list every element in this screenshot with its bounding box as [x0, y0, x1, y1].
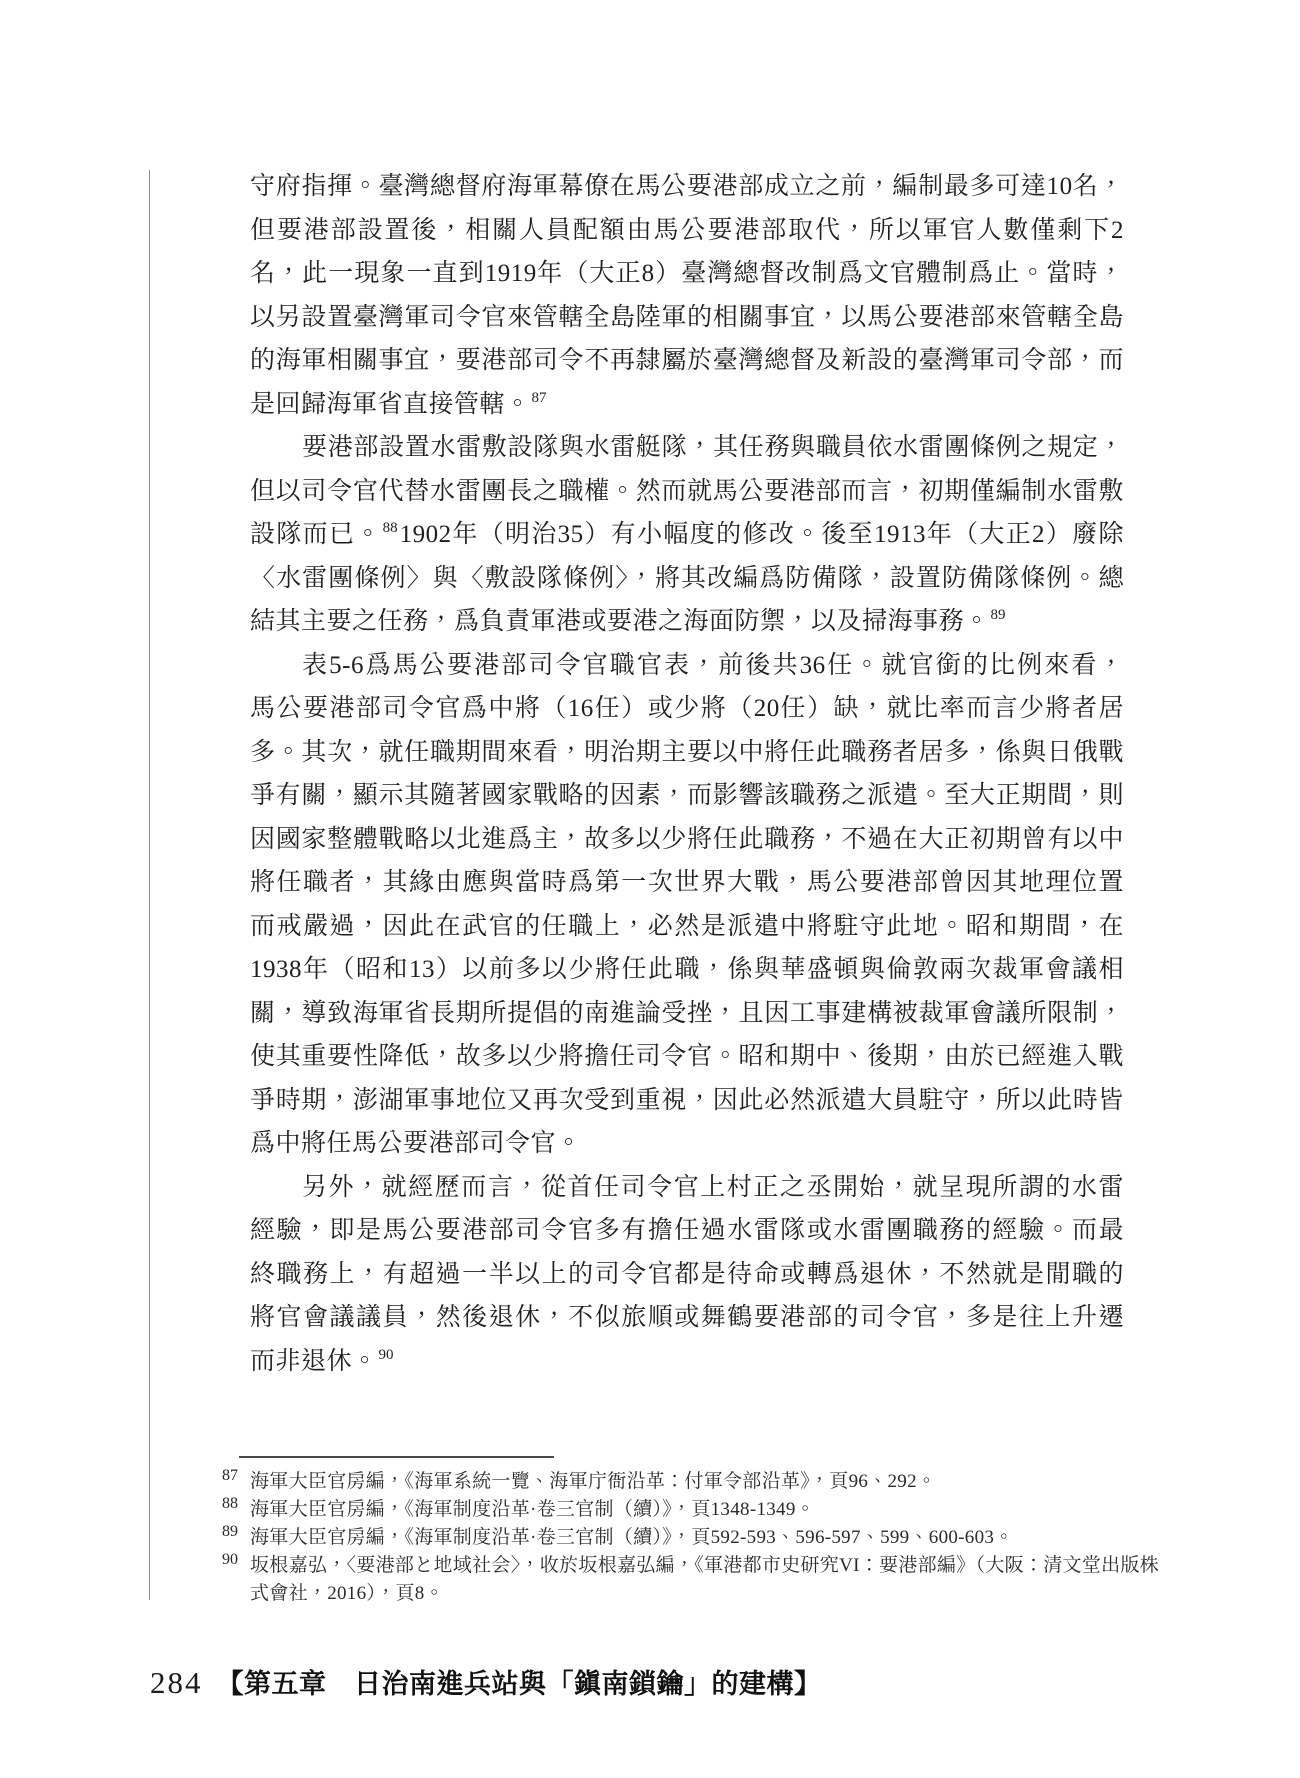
text-line: 經驗，即是馬公要港部司令官多有擔任過水雷隊或水雷團職務的經驗。而最 [250, 1209, 1124, 1253]
text-line: 守府指揮。臺灣總督府海軍幕僚在馬公要港部成立之前，編制最多可達10名， [250, 165, 1124, 209]
text-line: 要港部設置水雷敷設隊與水雷艇隊，其任務與職員依水雷團條例之規定， [250, 426, 1124, 470]
footnote-line: 89海軍大臣官房編，《海軍制度沿革·卷三官制（續）》，頁592-593、596-… [222, 1524, 1170, 1552]
text-line: 的海軍相關事宜，要港部司令不再隸屬於臺灣總督及新設的臺灣軍司令部，而 [250, 339, 1124, 383]
text-line: 設隊而已。881902年（明治35）有小幅度的修改。後至1913年（大正2）廢除 [250, 513, 1124, 557]
text-line: 名，此一現象一直到1919年（大正8）臺灣總督改制爲文官體制爲止。當時， [250, 252, 1124, 296]
text-line: 爭時期，澎湖軍事地位又再次受到重視，因此必然派遣大員駐守，所以此時皆 [250, 1079, 1124, 1123]
page-footer: 284 【第五章 日治南進兵站與「鎭南鎖鑰」的建構】 [150, 1662, 822, 1701]
footnote-separator [239, 1456, 554, 1458]
text-line: 但以司令官代替水雷團長之職權。然而就馬公要港部而言，初期僅編制水雷敷 [250, 470, 1124, 514]
text-line: 多。其次，就任職期間來看，明治期主要以中將任此職務者居多，係與日俄戰 [250, 731, 1124, 775]
text-line: 是回歸海軍省直接管轄。87 [250, 383, 1124, 427]
footnote-line: 90坂根嘉弘，〈要港部と地域社会〉，收於坂根嘉弘編，《軍港都市史研究VI：要港部… [222, 1552, 1170, 1580]
text-line: 另外，就經歷而言，從首任司令官上村正之丞開始，就呈現所謂的水雷 [250, 1166, 1124, 1210]
text-line: 結其主要之任務，爲負責軍港或要港之海面防禦，以及掃海事務。89 [250, 600, 1124, 644]
text-line: 而戒嚴過，因此在武官的任職上，必然是派遣中將駐守此地。昭和期間，在 [250, 905, 1124, 949]
text-line: 將任職者，其緣由應與當時爲第一次世界大戰，馬公要港部曾因其地理位置 [250, 861, 1124, 905]
footnote-ref: 88 [383, 520, 398, 536]
text-line: 〈水雷團條例〉與〈敷設隊條例〉，將其改編爲防備隊，設置防備隊條例。總 [250, 557, 1124, 601]
text-line: 將官會議議員，然後退休，不似旅順或舞鶴要港部的司令官，多是往上升遷 [250, 1296, 1124, 1340]
text-line: 以另設置臺灣軍司令官來管轄全島陸軍的相關事宜，以馬公要港部來管轄全島 [250, 296, 1124, 340]
footnote-ref: 87 [532, 390, 547, 406]
chapter-title: 【第五章 日治南進兵站與「鎭南鎖鑰」的建構】 [217, 1662, 822, 1701]
footnote-ref: 90 [379, 1347, 394, 1363]
body-text: 守府指揮。臺灣總督府海軍幕僚在馬公要港部成立之前，編制最多可達10名，但要港部設… [250, 165, 1124, 1383]
text-line: 使其重要性降低，故多以少將擔任司令官。昭和期中、後期，由於已經進入戰 [250, 1035, 1124, 1079]
margin-rule [149, 170, 150, 1600]
text-line: 爲中將任馬公要港部司令官。 [250, 1122, 1124, 1166]
text-line: 終職務上，有超過一半以上的司令官都是待命或轉爲退休，不然就是閒職的 [250, 1253, 1124, 1297]
text-line: 爭有關，顯示其隨著國家戰略的因素，而影響該職務之派遣。至大正期間，則 [250, 774, 1124, 818]
page-number: 284 [150, 1665, 203, 1701]
footnote-line: 式會社，2016），頁8。 [222, 1580, 1170, 1608]
footnote-ref: 89 [991, 607, 1006, 623]
book-page: 守府指揮。臺灣總督府海軍幕僚在馬公要港部成立之前，編制最多可達10名，但要港部設… [0, 0, 1300, 1778]
text-line: 但要港部設置後，相關人員配額由馬公要港部取代，所以軍官人數僅剩下2 [250, 209, 1124, 253]
footnote-line: 87海軍大臣官房編，《海軍系統一覽、海軍庁衙沿革：付軍令部沿革》，頁96、292… [222, 1468, 1170, 1496]
text-line: 表5-6爲馬公要港部司令官職官表，前後共36任。就官銜的比例來看， [250, 644, 1124, 688]
footnotes: 87海軍大臣官房編，《海軍系統一覽、海軍庁衙沿革：付軍令部沿革》，頁96、292… [222, 1468, 1170, 1608]
text-line: 馬公要港部司令官爲中將（16任）或少將（20任）缺，就比率而言少將者居 [250, 687, 1124, 731]
text-line: 1938年（昭和13）以前多以少將任此職，係與華盛頓與倫敦兩次裁軍會議相 [250, 948, 1124, 992]
text-line: 關，導致海軍省長期所提倡的南進論受挫，且因工事建構被裁軍會議所限制， [250, 992, 1124, 1036]
text-line: 因國家整體戰略以北進爲主，故多以少將任此職務，不過在大正初期曾有以中 [250, 818, 1124, 862]
text-line: 而非退休。90 [250, 1340, 1124, 1384]
footnote-line: 88海軍大臣官房編，《海軍制度沿革·卷三官制（續）》，頁1348-1349。 [222, 1496, 1170, 1524]
